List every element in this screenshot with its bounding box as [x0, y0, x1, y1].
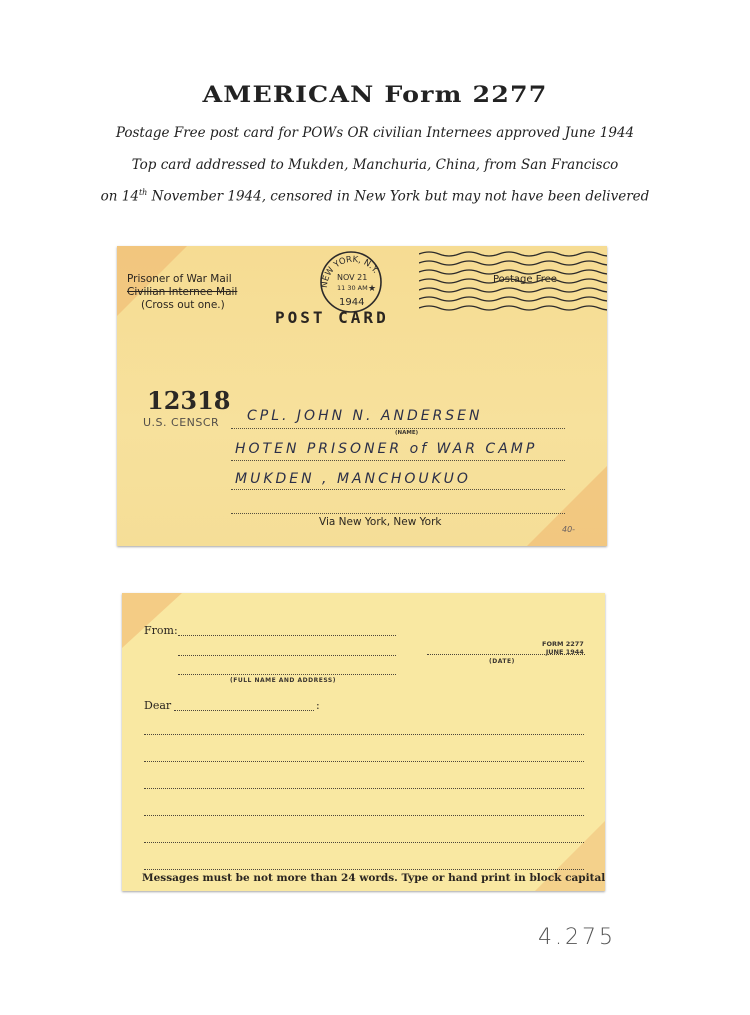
- censor-label: U.S. CENSCR: [143, 416, 219, 429]
- postage-free-label: Postage Free: [493, 274, 557, 285]
- date-label: (DATE): [489, 658, 515, 665]
- via-routing: Via New York, New York: [319, 516, 441, 528]
- message-line: [144, 869, 584, 870]
- page-title: AMERICAN Form 2277: [0, 82, 750, 108]
- full-name-address-label: (FULL NAME AND ADDRESS): [230, 677, 336, 684]
- dear-colon: :: [316, 699, 320, 712]
- message-line: [144, 788, 584, 789]
- message-line: [144, 761, 584, 762]
- name-field-label: (NAME): [395, 430, 418, 436]
- message-line: [144, 734, 584, 735]
- recipient-address-line-2: HOTEN PRISONER of WAR CAMP: [235, 441, 537, 457]
- postcard-front: Prisoner of War Mail Civilian Internee M…: [117, 246, 607, 546]
- description-line-2: Top card addressed to Mukden, Manchuria,…: [0, 157, 750, 173]
- mail-type-pow: Prisoner of War Mail: [127, 273, 237, 286]
- from-line-3: [178, 674, 396, 675]
- address-line-1: [231, 428, 565, 429]
- pencil-price-note: 40-: [562, 525, 575, 534]
- catalog-number-note: 4.275: [538, 925, 616, 950]
- footer-instructions: Messages must be not more than 24 words.…: [142, 872, 605, 884]
- description-line-3: on 14th November 1944, censored in New Y…: [0, 188, 750, 205]
- date-line: [427, 654, 585, 655]
- recipient-address-line-3: MUKDEN , MANCHOUKUO: [235, 471, 471, 487]
- postcard-back: FORM 2277 JUNE 1944 From: (FULL NAME AND…: [122, 593, 605, 891]
- from-line-2: [178, 655, 396, 656]
- mail-type-civilian-struck: Civilian Internee Mail: [127, 286, 237, 299]
- description-line-1: Postage Free post card for POWs OR civil…: [0, 125, 750, 141]
- recipient-name: CPL. JOHN N. ANDERSEN: [247, 408, 483, 424]
- post-card-heading: POST CARD: [275, 308, 389, 327]
- address-line-4: [231, 513, 565, 514]
- svg-text:NOV 21: NOV 21: [337, 273, 367, 282]
- from-label: From:: [144, 624, 178, 637]
- corner-tint: [122, 593, 182, 648]
- svg-text:11 30 AM: 11 30 AM: [337, 284, 368, 292]
- svg-text:★: ★: [368, 284, 376, 294]
- postmark-stamp-icon: NEW YORK, N.Y. NOV 21 11 30 AM 1944 ★: [315, 246, 387, 316]
- corner-tint: [527, 466, 607, 546]
- mail-type-block: Prisoner of War Mail Civilian Internee M…: [127, 273, 237, 312]
- from-line-1: [178, 635, 396, 636]
- svg-text:1944: 1944: [339, 297, 364, 308]
- censor-number: 12318: [147, 386, 231, 415]
- dear-line: [174, 710, 314, 711]
- dear-label: Dear: [144, 699, 171, 712]
- message-line: [144, 815, 584, 816]
- address-line-2: [231, 460, 565, 461]
- message-line: [144, 842, 584, 843]
- address-line-3: [231, 489, 565, 490]
- mail-type-instruction: (Cross out one.): [127, 299, 237, 312]
